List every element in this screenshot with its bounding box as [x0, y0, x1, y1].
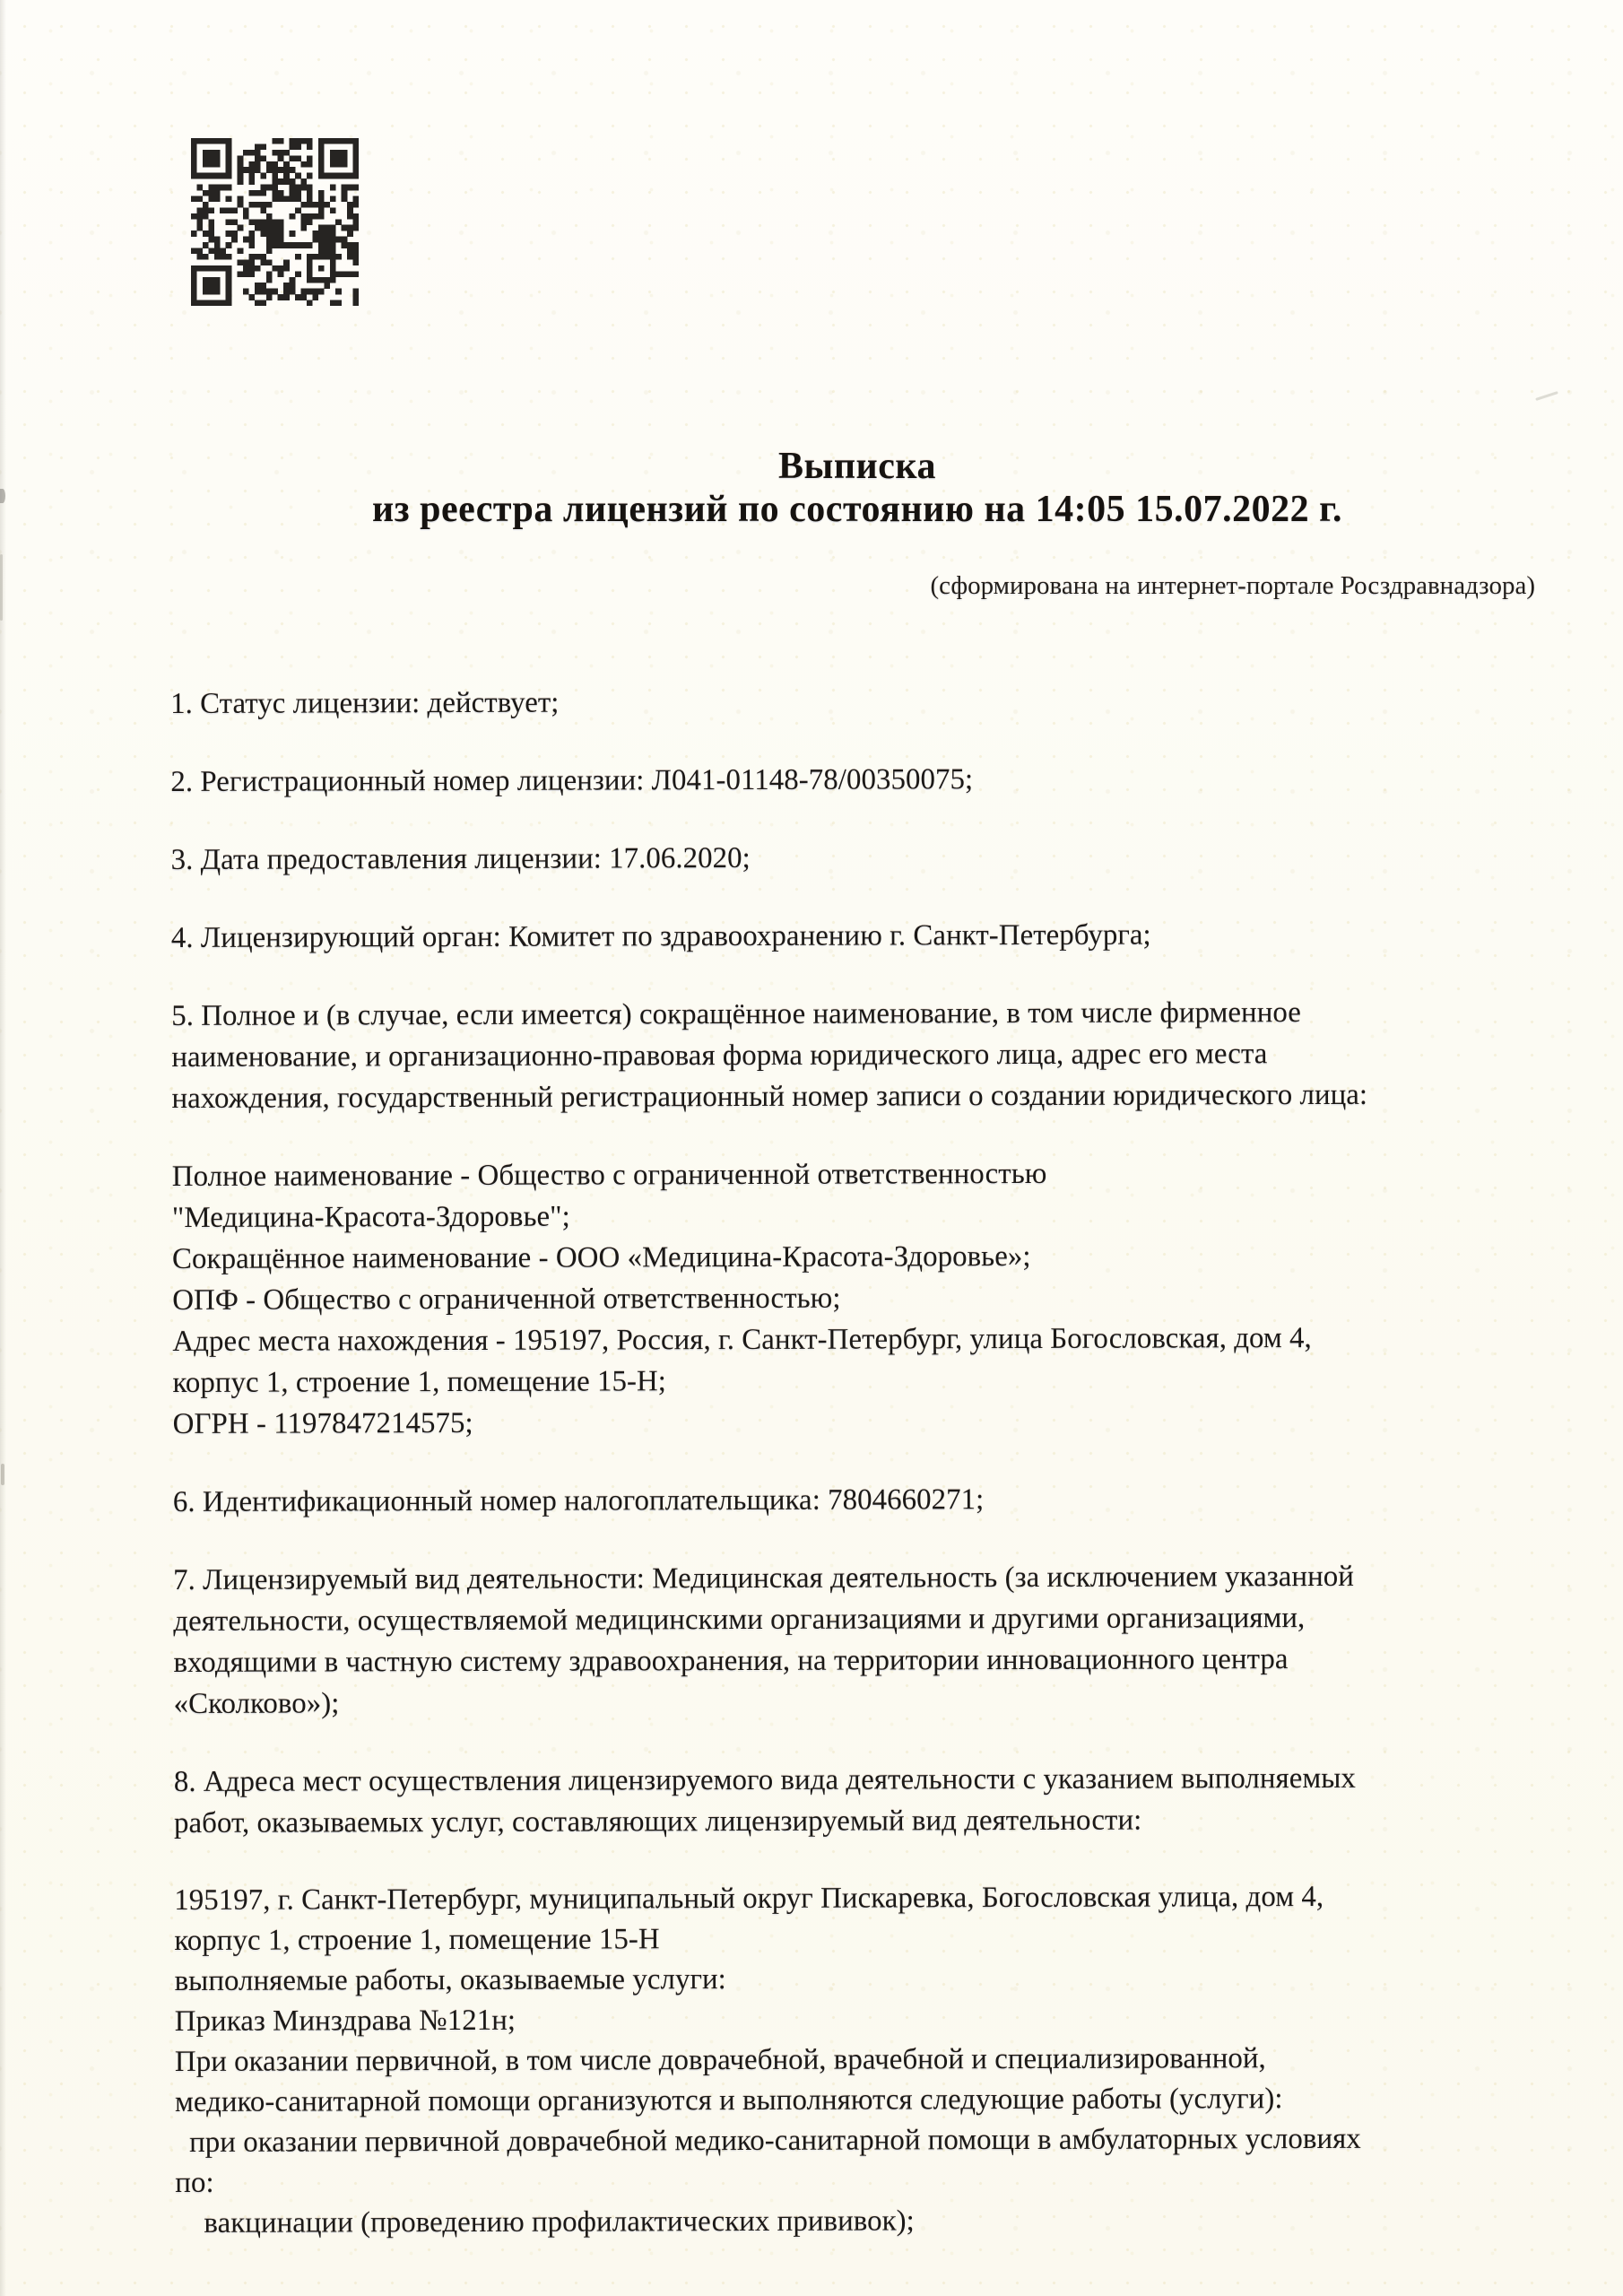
- body-line: Сокращённое наименование - ООО «Медицина…: [172, 1234, 1544, 1280]
- body-line: корпус 1, строение 1, помещение 15-Н;: [172, 1358, 1544, 1404]
- scan-artifact: [1535, 391, 1558, 401]
- scan-edge-shadow: [0, 0, 6, 2296]
- body-line: «Сколково»);: [174, 1679, 1546, 1725]
- body-line: 4. Лицензирующий орган: Комитет по здрав…: [171, 913, 1543, 959]
- body-line: 5. Полное и (в случае, если имеется) сок…: [171, 991, 1543, 1037]
- body-line: 7. Лицензируемый вид деятельности: Медиц…: [173, 1555, 1545, 1601]
- body-line: 1. Статус лицензии: действует;: [170, 679, 1542, 725]
- body-line: выполняемые работы, оказываемые услуги:: [174, 1957, 1546, 2002]
- body-line: "Медицина-Красота-Здоровье";: [172, 1193, 1544, 1239]
- body-line: ОГРН - 1197847214575;: [173, 1399, 1545, 1445]
- document-header: Выписка из реестра лицензий по состоянию…: [179, 445, 1535, 601]
- body-line: 3. Дата предоставления лицензии: 17.06.2…: [171, 835, 1543, 881]
- document-title-line1: Выписка: [179, 445, 1535, 488]
- body-line: корпус 1, строение 1, помещение 15-Н: [174, 1917, 1546, 1961]
- document-body: 1. Статус лицензии: действует; 2. Регист…: [170, 679, 1547, 2244]
- body-line: Адрес места нахождения - 195197, Россия,…: [172, 1317, 1544, 1362]
- body-line: 2. Регистрационный номер лицензии: Л041-…: [170, 757, 1542, 803]
- body-line: работ, оказываемых услуг, составляющих л…: [174, 1798, 1546, 1844]
- body-line: вакцинации (проведению профилактических …: [175, 2199, 1547, 2244]
- body-line: при оказании первичной доврачебной медик…: [175, 2118, 1547, 2163]
- body-line: по:: [175, 2159, 1547, 2204]
- body-line: входящими в частную систему здравоохране…: [173, 1638, 1545, 1683]
- body-line: Приказ Минздрава №121н;: [175, 1997, 1547, 2042]
- document-title-line2: из реестра лицензий по состоянию на 14:0…: [179, 488, 1535, 531]
- scan-artifact: [0, 489, 5, 503]
- scan-artifact: [1, 1464, 4, 1485]
- body-line: наименование, и организационно-правовая …: [171, 1032, 1543, 1078]
- qr-code: [191, 138, 359, 306]
- body-line: ОПФ - Общество с ограниченной ответствен…: [172, 1275, 1544, 1321]
- body-line: деятельности, осуществляемой медицинским…: [173, 1596, 1545, 1642]
- body-line: нахождения, государственный регистрацион…: [171, 1074, 1543, 1119]
- body-line: Полное наименование - Общество с огранич…: [172, 1152, 1544, 1197]
- body-line: При оказании первичной, в том числе довр…: [175, 2038, 1547, 2083]
- body-line: медико-санитарной помощи организуются и …: [175, 2078, 1547, 2123]
- scan-artifact: [0, 554, 3, 621]
- body-line: 6. Идентификационный номер налогоплатель…: [173, 1477, 1545, 1523]
- body-line: 8. Адреса мест осуществления лицензируем…: [174, 1757, 1546, 1803]
- scanned-document-page: Выписка из реестра лицензий по состоянию…: [0, 0, 1623, 2296]
- generated-note: (сформирована на интернет-портале Росздр…: [179, 570, 1535, 601]
- body-line: 195197, г. Санкт-Петербург, муниципальны…: [174, 1876, 1546, 1921]
